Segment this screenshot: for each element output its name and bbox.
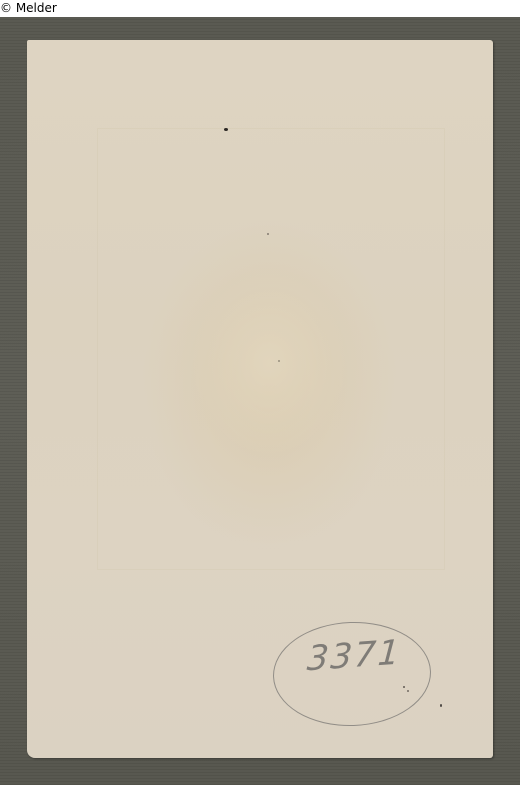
credit-bar: © Melder	[0, 0, 520, 17]
scanned-photo: 3371	[0, 17, 520, 785]
inventory-number: 3371	[306, 633, 399, 680]
paper-sheet: 3371	[27, 40, 493, 758]
ink-speck	[440, 704, 442, 707]
ink-speck	[224, 128, 228, 131]
ink-speck	[267, 233, 269, 235]
copyright-credit: © Melder	[0, 1, 57, 15]
plate-mark	[97, 128, 445, 570]
ink-speck	[278, 360, 280, 362]
